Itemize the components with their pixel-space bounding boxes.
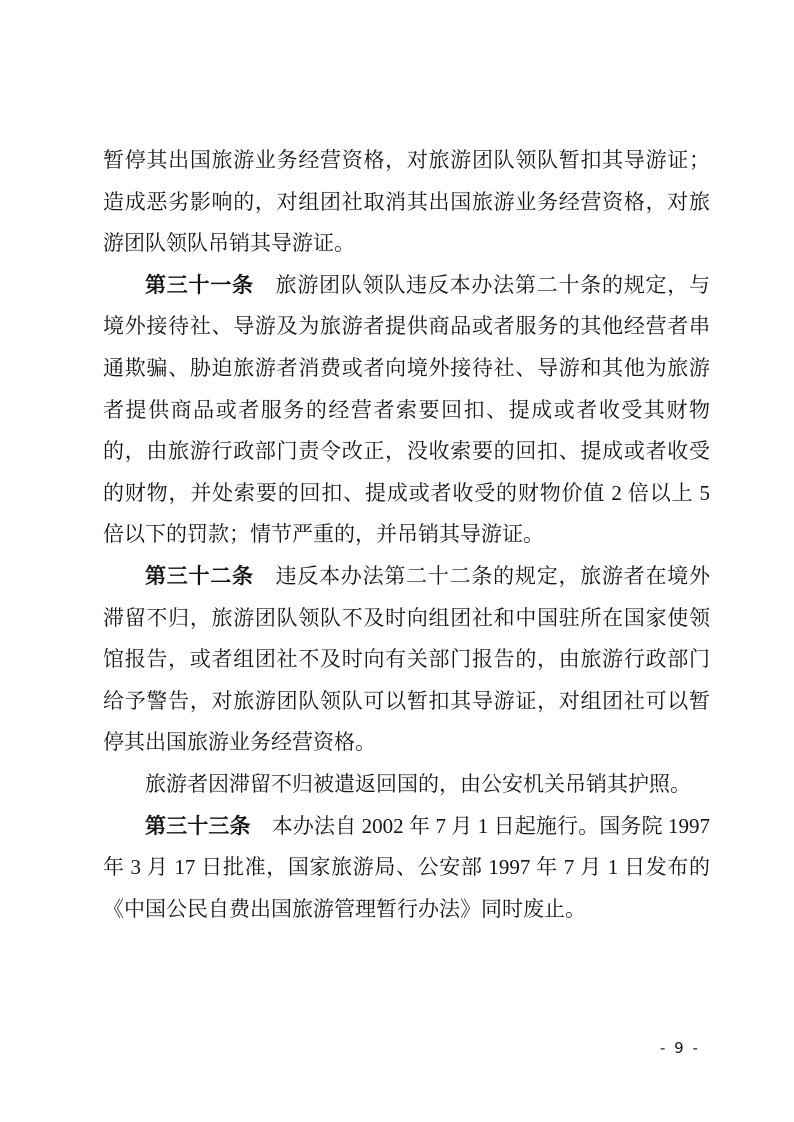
text-line: 者提供商品或者服务的经营者索要回扣、提成或者收受其财物 — [103, 390, 710, 432]
document-page: 暂停其出国旅游业务经营资格，对旅游团队领队暂扣其导游证；造成恶劣影响的，对组团社… — [0, 0, 794, 1122]
document-body: 暂停其出国旅游业务经营资格，对旅游团队领队暂扣其导游证；造成恶劣影响的，对组团社… — [103, 140, 710, 930]
text-line: 境外接待社、导游及为旅游者提供商品或者服务的其他经营者串 — [103, 306, 710, 348]
text-line: 滞留不归，旅游团队领队不及时向组团社和中国驻所在国家使领 — [103, 598, 710, 640]
text-line: 年 3 月 17 日批准，国家旅游局、公安部 1997 年 7 月 1 日发布的 — [103, 847, 710, 889]
text-line: 旅游者因滞留不归被遣返回国的，由公安机关吊销其护照。 — [103, 764, 710, 806]
text-line: 造成恶劣影响的，对组团社取消其出国旅游业务经营资格，对旅 — [103, 182, 710, 224]
text-line: 给予警告，对旅游团队领队可以暂扣其导游证，对组团社可以暂 — [103, 681, 710, 723]
text-line: 第三十三条 本办法自 2002 年 7 月 1 日起施行。国务院 1997 — [103, 806, 710, 848]
text-line: 暂停其出国旅游业务经营资格，对旅游团队领队暂扣其导游证； — [103, 140, 710, 182]
article-number: 第三十三条 — [145, 815, 251, 838]
text-line: 第三十二条 违反本办法第二十二条的规定，旅游者在境外 — [103, 556, 710, 598]
article-number: 第三十二条 — [145, 565, 254, 588]
text-line: 的财物，并处索要的回扣、提成或者收受的财物价值 2 倍以上 5 — [103, 473, 710, 515]
text-line: 游团队领队吊销其导游证。 — [103, 223, 710, 265]
page-number: - 9 - — [660, 1039, 700, 1057]
text-line: 倍以下的罚款；情节严重的，并吊销其导游证。 — [103, 514, 710, 556]
text-line: 馆报告，或者组团社不及时向有关部门报告的，由旅游行政部门 — [103, 639, 710, 681]
article-number: 第三十一条 — [145, 274, 254, 297]
text-line: 《中国公民自费出国旅游管理暂行办法》同时废止。 — [103, 889, 710, 931]
text-line: 的，由旅游行政部门责令改正，没收索要的回扣、提成或者收受 — [103, 431, 710, 473]
text-line: 第三十一条 旅游团队领队违反本办法第二十条的规定，与 — [103, 265, 710, 307]
text-line: 停其出国旅游业务经营资格。 — [103, 722, 710, 764]
text-line: 通欺骗、胁迫旅游者消费或者向境外接待社、导游和其他为旅游 — [103, 348, 710, 390]
